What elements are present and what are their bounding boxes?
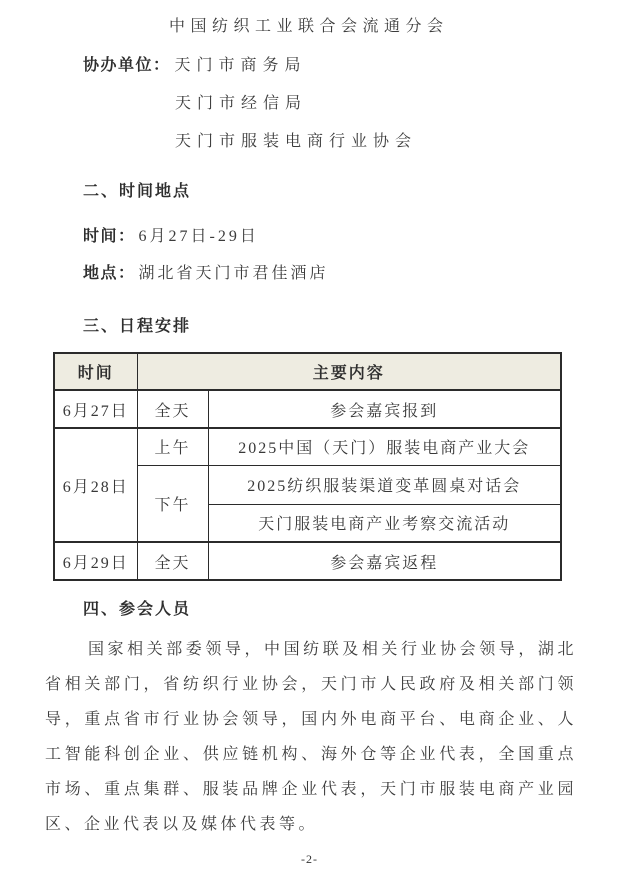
document-page: 中国纺织工业联合会流通分会 协办单位：天门市商务局 天门市经信局 天门市服装电商… [0, 0, 619, 884]
cell-date: 6月27日 [54, 390, 137, 428]
header-cell-time: 时间 [54, 353, 137, 390]
cell-period: 全天 [137, 390, 208, 428]
co-organizer-item: 天门市经信局 [175, 90, 307, 113]
place-label: 地点： [83, 265, 136, 282]
cell-content: 2025中国（天门）服装电商产业大会 [208, 428, 561, 465]
place-row: 地点：湖北省天门市君佳酒店 [83, 260, 329, 283]
cell-period: 下午 [137, 465, 208, 542]
time-value: 6月27日-29日 [139, 228, 259, 245]
table-row: 6月27日 全天 参会嘉宾报到 [54, 390, 561, 428]
place-value: 湖北省天门市君佳酒店 [139, 265, 329, 282]
co-organizer-label: 协办单位： [83, 57, 171, 74]
schedule-table: 时间 主要内容 6月27日 全天 参会嘉宾报到 6月28日 上午 2025中国（… [53, 352, 562, 581]
table-header-row: 时间 主要内容 [54, 353, 561, 390]
header-cell-content: 主要内容 [137, 353, 561, 390]
page-number: -2- [0, 852, 619, 867]
table-row: 6月28日 上午 2025中国（天门）服装电商产业大会 [54, 428, 561, 465]
co-organizer-item: 天门市商务局 [175, 57, 307, 74]
cell-content: 参会嘉宾返程 [208, 542, 561, 580]
cell-content: 2025纺织服装渠道变革圆桌对话会 [208, 465, 561, 504]
cell-date: 6月28日 [54, 428, 137, 542]
co-organizer-item: 天门市服装电商行业协会 [175, 128, 417, 151]
section-heading-schedule: 三、日程安排 [83, 313, 191, 336]
section-heading-time-place: 二、时间地点 [83, 178, 191, 201]
cell-content: 天门服装电商产业考察交流活动 [208, 504, 561, 542]
table-row: 6月29日 全天 参会嘉宾返程 [54, 542, 561, 580]
cell-period: 全天 [137, 542, 208, 580]
cell-date: 6月29日 [54, 542, 137, 580]
attendees-paragraph: 国家相关部委领导，中国纺联及相关行业协会领导，湖北省相关部门，省纺织行业协会，天… [45, 632, 577, 842]
cell-period: 上午 [137, 428, 208, 465]
host-organizer-line: 中国纺织工业联合会流通分会 [169, 13, 449, 36]
time-label: 时间： [83, 228, 136, 245]
cell-content: 参会嘉宾报到 [208, 390, 561, 428]
section-heading-attendees: 四、参会人员 [83, 596, 191, 619]
co-organizer-row: 协办单位：天门市商务局 [83, 52, 307, 75]
time-row: 时间：6月27日-29日 [83, 223, 259, 246]
